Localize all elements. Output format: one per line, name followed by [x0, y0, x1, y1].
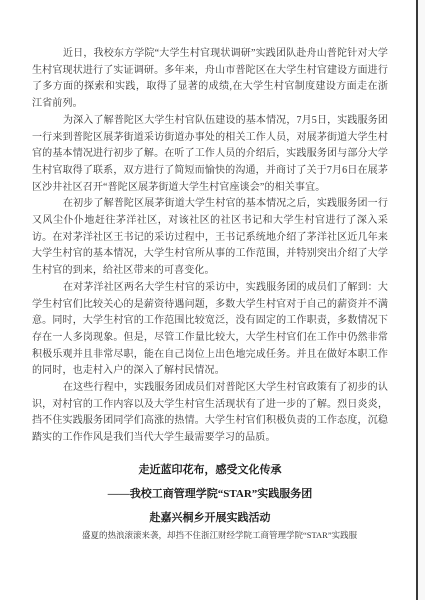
article2-title-line-1: 走近蓝印花布，感受文化传承	[32, 458, 388, 482]
article1-paragraph-2: 为深入了解普陀区大学生村官队伍建设的基本情况，7月5日，实践服务团一行来到普陀区…	[32, 113, 388, 197]
article1-body: 近日，我校东方学院“大学生村官现状调研”实践团队赴舟山普陀针对大学生村官现状进行…	[32, 46, 388, 447]
article2-title-block: 走近蓝印花布，感受文化传承 ——我校工商管理学院“STAR”实践服务团 赴嘉兴桐…	[32, 458, 388, 530]
article2-title-line-3: 赴嘉兴桐乡开展实践活动	[32, 506, 388, 530]
page-right-edge-line	[416, 0, 418, 600]
article2-title-line-2: ——我校工商管理学院“STAR”实践服务团	[32, 482, 388, 506]
document-page: 近日，我校东方学院“大学生村官现状调研”实践团队赴舟山普陀针对大学生村官现状进行…	[0, 0, 425, 600]
article1-paragraph-5: 在这些行程中，实践服务团成员们对普陀区大学生村官政策有了初步的认识，对村官的工作…	[32, 380, 388, 447]
article1-paragraph-1: 近日，我校东方学院“大学生村官现状调研”实践团队赴舟山普陀针对大学生村官现状进行…	[32, 46, 388, 113]
article1-paragraph-4: 在对茅洋社区两名大学生村官的采访中，实践服务团的成员们了解到：大学生村官们比较关…	[32, 280, 388, 380]
article1-paragraph-3: 在初步了解普陀区展茅街道大学生村官的基本情况之后，实践服务团一行又风尘仆仆地赶往…	[32, 196, 388, 280]
article2-intro-partial-line: 盛夏的热浪滚滚来袭，却挡不住浙江财经学院工商管理学院“STAR”实践服	[32, 529, 392, 542]
page-edge-strip	[418, 0, 425, 600]
